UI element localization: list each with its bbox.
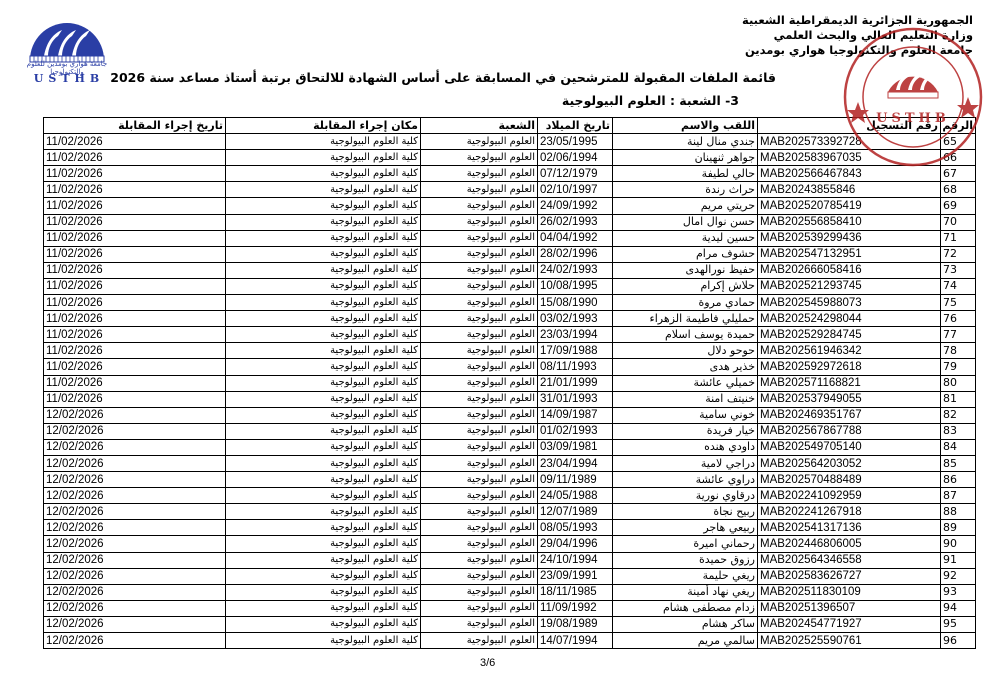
birth-date-cell: 21/01/1999 [538, 375, 613, 391]
registration-number-cell: MAB202446806005 [758, 536, 941, 552]
interview-place-cell: كلية العلوم البيولوجية [226, 327, 421, 343]
row-number-cell: 92 [941, 568, 976, 584]
candidate-name-cell: داودي هنده [613, 439, 758, 455]
interview-date-cell: 12/02/2026 [44, 552, 226, 568]
birth-date-cell: 10/08/1995 [538, 278, 613, 294]
candidate-name-cell: دراوي عائشة [613, 472, 758, 488]
branch-cell: العلوم البيولوجية [421, 150, 538, 166]
branch-cell: العلوم البيولوجية [421, 504, 538, 520]
candidate-name-cell: حمادي مروة [613, 295, 758, 311]
birth-date-cell: 08/11/1993 [538, 359, 613, 375]
candidate-name-cell: ريغي نهاد أمينة [613, 584, 758, 600]
registration-number-cell: MAB202545988073 [758, 295, 941, 311]
branch-cell: العلوم البيولوجية [421, 246, 538, 262]
candidate-name-cell: خميلي عائشة [613, 375, 758, 391]
interview-place-cell: كلية العلوم البيولوجية [226, 230, 421, 246]
table-row: 81MAB202537949055خنيتف امنة31/01/1993الع… [44, 391, 976, 407]
interview-date-cell: 12/02/2026 [44, 616, 226, 632]
interview-date-cell: 12/02/2026 [44, 520, 226, 536]
interview-date-cell: 12/02/2026 [44, 407, 226, 423]
table-header-row: الرقم رقم التسجيل اللقب والاسم تاريخ الم… [44, 118, 976, 134]
candidates-table: الرقم رقم التسجيل اللقب والاسم تاريخ الم… [43, 117, 976, 649]
row-number-cell: 93 [941, 584, 976, 600]
table-row: 67MAB202566467843حالي لطيفة07/12/1979الع… [44, 166, 976, 182]
birth-date-cell: 17/09/1988 [538, 343, 613, 359]
interview-date-cell: 11/02/2026 [44, 343, 226, 359]
interview-date-cell: 11/02/2026 [44, 311, 226, 327]
registration-number-cell: MAB202520785419 [758, 198, 941, 214]
interview-place-cell: كلية العلوم البيولوجية [226, 439, 421, 455]
interview-date-cell: 11/02/2026 [44, 295, 226, 311]
table-row: 73MAB202666058416حفيظ نورالهدى24/02/1993… [44, 262, 976, 278]
interview-place-cell: كلية العلوم البيولوجية [226, 359, 421, 375]
table-row: 66MAB202583967035جواهر ثنهينان02/06/1994… [44, 150, 976, 166]
interview-date-cell: 12/02/2026 [44, 633, 226, 649]
table-row: 69MAB202520785419حريتي مريم24/09/1992الع… [44, 198, 976, 214]
branch-cell: العلوم البيولوجية [421, 375, 538, 391]
row-number-cell: 91 [941, 552, 976, 568]
interview-date-cell: 11/02/2026 [44, 375, 226, 391]
candidate-name-cell: رزوق حميدة [613, 552, 758, 568]
branch-cell: العلوم البيولوجية [421, 439, 538, 455]
birth-date-cell: 18/11/1985 [538, 584, 613, 600]
registration-number-cell: MAB202564346558 [758, 552, 941, 568]
table-row: 70MAB202556858410حسن نوال امال26/02/1993… [44, 214, 976, 230]
registration-number-cell: MAB202583626727 [758, 568, 941, 584]
row-number-cell: 79 [941, 359, 976, 375]
branch-cell: العلوم البيولوجية [421, 343, 538, 359]
interview-date-cell: 12/02/2026 [44, 536, 226, 552]
interview-place-cell: كلية العلوم البيولوجية [226, 214, 421, 230]
candidate-name-cell: دراجي لامية [613, 455, 758, 471]
interview-place-cell: كلية العلوم البيولوجية [226, 150, 421, 166]
registration-number-cell: MAB202511830109 [758, 584, 941, 600]
candidate-name-cell: جواهر ثنهينان [613, 150, 758, 166]
interview-place-cell: كلية العلوم البيولوجية [226, 423, 421, 439]
candidate-name-cell: رحماني اميرة [613, 536, 758, 552]
birth-date-cell: 01/02/1993 [538, 423, 613, 439]
university-emblem-icon [22, 20, 112, 64]
branch-cell: العلوم البيولوجية [421, 616, 538, 632]
candidate-name-cell: ريغي حليمة [613, 568, 758, 584]
table-row: 65MAB202573392728جندي منال لينة23/05/199… [44, 134, 976, 150]
birth-date-cell: 31/01/1993 [538, 391, 613, 407]
birth-date-cell: 23/05/1995 [538, 134, 613, 150]
interview-date-cell: 11/02/2026 [44, 230, 226, 246]
birth-date-cell: 03/09/1981 [538, 439, 613, 455]
branch-cell: العلوم البيولوجية [421, 278, 538, 294]
birth-date-cell: 23/04/1994 [538, 455, 613, 471]
row-number-cell: 71 [941, 230, 976, 246]
table-row: 74MAB202521293745حلاش إكرام10/08/1995الع… [44, 278, 976, 294]
interview-date-cell: 12/02/2026 [44, 600, 226, 616]
page-number: 3/6 [480, 657, 495, 669]
birth-date-cell: 24/10/1994 [538, 552, 613, 568]
table-row: 88MAB202241267918ربيح نجاة12/07/1989العل… [44, 504, 976, 520]
branch-cell: العلوم البيولوجية [421, 327, 538, 343]
row-number-cell: 80 [941, 375, 976, 391]
branch-cell: العلوم البيولوجية [421, 391, 538, 407]
interview-place-cell: كلية العلوم البيولوجية [226, 520, 421, 536]
table-row: 87MAB202241092959درقاوي نورية24/05/1988ا… [44, 488, 976, 504]
registration-number-cell: MAB202547132951 [758, 246, 941, 262]
row-number-cell: 82 [941, 407, 976, 423]
table-row: 79MAB202592972618خذير هدى08/11/1993العلو… [44, 359, 976, 375]
interview-date-cell: 12/02/2026 [44, 568, 226, 584]
interview-place-cell: كلية العلوم البيولوجية [226, 295, 421, 311]
registration-number-cell: MAB202541317136 [758, 520, 941, 536]
interview-date-cell: 12/02/2026 [44, 472, 226, 488]
branch-cell: العلوم البيولوجية [421, 536, 538, 552]
header-name: اللقب والاسم [613, 118, 758, 134]
row-number-cell: 68 [941, 182, 976, 198]
candidate-name-cell: سالمي مريم [613, 633, 758, 649]
interview-place-cell: كلية العلوم البيولوجية [226, 472, 421, 488]
interview-date-cell: 11/02/2026 [44, 182, 226, 198]
header-birthdate: تاريخ الميلاد [538, 118, 613, 134]
government-header: الجمهورية الجزائرية الديمقراطية الشعبية … [742, 13, 973, 58]
birth-date-cell: 09/11/1989 [538, 472, 613, 488]
table-row: 93MAB202511830109ريغي نهاد أمينة18/11/19… [44, 584, 976, 600]
interview-date-cell: 12/02/2026 [44, 584, 226, 600]
row-number-cell: 86 [941, 472, 976, 488]
registration-number-cell: MAB202561946342 [758, 343, 941, 359]
header-ministry: وزارة التعليم العالي والبحث العلمي [742, 28, 973, 43]
header-branch: الشعبة [421, 118, 538, 134]
table-row: 90MAB202446806005رحماني اميرة29/04/1996ا… [44, 536, 976, 552]
interview-place-cell: كلية العلوم البيولوجية [226, 536, 421, 552]
birth-date-cell: 24/05/1988 [538, 488, 613, 504]
interview-place-cell: كلية العلوم البيولوجية [226, 584, 421, 600]
candidate-name-cell: ربيح نجاة [613, 504, 758, 520]
branch-cell: العلوم البيولوجية [421, 600, 538, 616]
birth-date-cell: 28/02/1996 [538, 246, 613, 262]
interview-date-cell: 11/02/2026 [44, 391, 226, 407]
birth-date-cell: 24/02/1993 [538, 262, 613, 278]
candidate-name-cell: حراث رندة [613, 182, 758, 198]
candidate-name-cell: حسن نوال امال [613, 214, 758, 230]
registration-number-cell: MAB202583967035 [758, 150, 941, 166]
row-number-cell: 85 [941, 455, 976, 471]
birth-date-cell: 29/04/1996 [538, 536, 613, 552]
interview-date-cell: 12/02/2026 [44, 423, 226, 439]
registration-number-cell: MAB202539299436 [758, 230, 941, 246]
interview-place-cell: كلية العلوم البيولوجية [226, 375, 421, 391]
birth-date-cell: 07/12/1979 [538, 166, 613, 182]
interview-place-cell: كلية العلوم البيولوجية [226, 166, 421, 182]
table-row: 94MAB20251396507زدام مصطفى هشام11/09/199… [44, 600, 976, 616]
branch-cell: العلوم البيولوجية [421, 552, 538, 568]
branch-cell: العلوم البيولوجية [421, 584, 538, 600]
candidate-name-cell: حلاش إكرام [613, 278, 758, 294]
branch-cell: العلوم البيولوجية [421, 182, 538, 198]
interview-place-cell: كلية العلوم البيولوجية [226, 504, 421, 520]
interview-place-cell: كلية العلوم البيولوجية [226, 616, 421, 632]
birth-date-cell: 26/02/1993 [538, 214, 613, 230]
interview-place-cell: كلية العلوم البيولوجية [226, 552, 421, 568]
candidate-name-cell: خوني سامية [613, 407, 758, 423]
table-row: 80MAB202571168821خميلي عائشة21/01/1999ال… [44, 375, 976, 391]
branch-cell: العلوم البيولوجية [421, 311, 538, 327]
logo-abbreviation: USTHB [24, 72, 114, 85]
registration-number-cell: MAB202566467843 [758, 166, 941, 182]
row-number-cell: 94 [941, 600, 976, 616]
branch-cell: العلوم البيولوجية [421, 359, 538, 375]
interview-place-cell: كلية العلوم البيولوجية [226, 488, 421, 504]
table-row: 85MAB202564203052دراجي لامية23/04/1994ال… [44, 455, 976, 471]
row-number-cell: 69 [941, 198, 976, 214]
registration-number-cell: MAB20251396507 [758, 600, 941, 616]
branch-cell: العلوم البيولوجية [421, 295, 538, 311]
row-number-cell: 81 [941, 391, 976, 407]
table-row: 91MAB202564346558رزوق حميدة24/10/1994الع… [44, 552, 976, 568]
table-row: 86MAB202570488489دراوي عائشة09/11/1989ال… [44, 472, 976, 488]
interview-date-cell: 11/02/2026 [44, 262, 226, 278]
registration-number-cell: MAB202573392728 [758, 134, 941, 150]
birth-date-cell: 14/09/1987 [538, 407, 613, 423]
interview-place-cell: كلية العلوم البيولوجية [226, 134, 421, 150]
candidate-name-cell: حوحو دلال [613, 343, 758, 359]
birth-date-cell: 23/03/1994 [538, 327, 613, 343]
table-row: 82MAB202469351767خوني سامية14/09/1987الع… [44, 407, 976, 423]
interview-place-cell: كلية العلوم البيولوجية [226, 455, 421, 471]
birth-date-cell: 02/06/1994 [538, 150, 613, 166]
interview-date-cell: 11/02/2026 [44, 359, 226, 375]
registration-number-cell: MAB202567867788 [758, 423, 941, 439]
registration-number-cell: MAB202564203052 [758, 455, 941, 471]
row-number-cell: 74 [941, 278, 976, 294]
birth-date-cell: 04/04/1992 [538, 230, 613, 246]
interview-place-cell: كلية العلوم البيولوجية [226, 198, 421, 214]
branch-cell: العلوم البيولوجية [421, 262, 538, 278]
interview-date-cell: 11/02/2026 [44, 246, 226, 262]
document-title: قائمة الملفات المقبولة للمترشحين في المس… [110, 70, 776, 85]
header-registration: رقم التسجيل [758, 118, 941, 134]
birth-date-cell: 23/09/1991 [538, 568, 613, 584]
candidate-name-cell: حمليلي فاطيمة الزهراء [613, 311, 758, 327]
registration-number-cell: MAB202529284745 [758, 327, 941, 343]
header-num: الرقم [941, 118, 976, 134]
row-number-cell: 75 [941, 295, 976, 311]
header-interview-place: مكان إجراء المقابلة [226, 118, 421, 134]
registration-number-cell: MAB202556858410 [758, 214, 941, 230]
branch-cell: العلوم البيولوجية [421, 198, 538, 214]
interview-date-cell: 11/02/2026 [44, 327, 226, 343]
candidate-name-cell: جندي منال لينة [613, 134, 758, 150]
table-row: 84MAB202549705140داودي هنده03/09/1981الع… [44, 439, 976, 455]
candidate-name-cell: خذير هدى [613, 359, 758, 375]
row-number-cell: 95 [941, 616, 976, 632]
row-number-cell: 90 [941, 536, 976, 552]
branch-cell: العلوم البيولوجية [421, 166, 538, 182]
candidate-name-cell: حشوف مرام [613, 246, 758, 262]
table-row: 68MAB20243855846حراث رندة02/10/1997العلو… [44, 182, 976, 198]
row-number-cell: 78 [941, 343, 976, 359]
row-number-cell: 83 [941, 423, 976, 439]
registration-number-cell: MAB202666058416 [758, 262, 941, 278]
interview-place-cell: كلية العلوم البيولوجية [226, 568, 421, 584]
birth-date-cell: 19/08/1989 [538, 616, 613, 632]
birth-date-cell: 24/09/1992 [538, 198, 613, 214]
branch-cell: العلوم البيولوجية [421, 455, 538, 471]
row-number-cell: 73 [941, 262, 976, 278]
candidate-name-cell: خيار فريدة [613, 423, 758, 439]
row-number-cell: 77 [941, 327, 976, 343]
table-row: 77MAB202529284745حميدة يوسف اسلام23/03/1… [44, 327, 976, 343]
interview-place-cell: كلية العلوم البيولوجية [226, 246, 421, 262]
birth-date-cell: 08/05/1993 [538, 520, 613, 536]
branch-cell: العلوم البيولوجية [421, 134, 538, 150]
registration-number-cell: MAB20243855846 [758, 182, 941, 198]
candidate-name-cell: حميدة يوسف اسلام [613, 327, 758, 343]
candidate-name-cell: زدام مصطفى هشام [613, 600, 758, 616]
branch-cell: العلوم البيولوجية [421, 407, 538, 423]
row-number-cell: 89 [941, 520, 976, 536]
birth-date-cell: 11/09/1992 [538, 600, 613, 616]
row-number-cell: 88 [941, 504, 976, 520]
registration-number-cell: MAB202469351767 [758, 407, 941, 423]
birth-date-cell: 03/02/1993 [538, 311, 613, 327]
candidate-name-cell: حفيظ نورالهدى [613, 262, 758, 278]
registration-number-cell: MAB202571168821 [758, 375, 941, 391]
birth-date-cell: 12/07/1989 [538, 504, 613, 520]
table-row: 72MAB202547132951حشوف مرام28/02/1996العل… [44, 246, 976, 262]
registration-number-cell: MAB202570488489 [758, 472, 941, 488]
registration-number-cell: MAB202524298044 [758, 311, 941, 327]
interview-date-cell: 11/02/2026 [44, 214, 226, 230]
interview-date-cell: 11/02/2026 [44, 150, 226, 166]
branch-cell: العلوم البيولوجية [421, 568, 538, 584]
table-row: 95MAB202454771927ساكر هشام19/08/1989العل… [44, 616, 976, 632]
branch-cell: العلوم البيولوجية [421, 520, 538, 536]
row-number-cell: 70 [941, 214, 976, 230]
interview-place-cell: كلية العلوم البيولوجية [226, 633, 421, 649]
interview-date-cell: 11/02/2026 [44, 278, 226, 294]
interview-place-cell: كلية العلوم البيولوجية [226, 311, 421, 327]
interview-date-cell: 12/02/2026 [44, 488, 226, 504]
table-row: 96MAB202525590761سالمي مريم14/07/1994الع… [44, 633, 976, 649]
candidate-name-cell: ساكر هشام [613, 616, 758, 632]
interview-place-cell: كلية العلوم البيولوجية [226, 343, 421, 359]
registration-number-cell: MAB202241267918 [758, 504, 941, 520]
branch-cell: العلوم البيولوجية [421, 230, 538, 246]
birth-date-cell: 15/08/1990 [538, 295, 613, 311]
candidate-name-cell: حريتي مريم [613, 198, 758, 214]
row-number-cell: 87 [941, 488, 976, 504]
table-row: 83MAB202567867788خيار فريدة01/02/1993الع… [44, 423, 976, 439]
candidate-name-cell: حالي لطيفة [613, 166, 758, 182]
candidate-name-cell: درقاوي نورية [613, 488, 758, 504]
registration-number-cell: MAB202592972618 [758, 359, 941, 375]
row-number-cell: 65 [941, 134, 976, 150]
registration-number-cell: MAB202521293745 [758, 278, 941, 294]
row-number-cell: 72 [941, 246, 976, 262]
registration-number-cell: MAB202454771927 [758, 616, 941, 632]
registration-number-cell: MAB202241092959 [758, 488, 941, 504]
branch-cell: العلوم البيولوجية [421, 423, 538, 439]
registration-number-cell: MAB202525590761 [758, 633, 941, 649]
branch-cell: العلوم البيولوجية [421, 214, 538, 230]
interview-date-cell: 12/02/2026 [44, 455, 226, 471]
branch-heading: 3- الشعبة : العلوم البيولوجية [562, 93, 739, 108]
interview-date-cell: 12/02/2026 [44, 504, 226, 520]
table-row: 75MAB202545988073حمادي مروة15/08/1990الع… [44, 295, 976, 311]
interview-date-cell: 11/02/2026 [44, 198, 226, 214]
interview-place-cell: كلية العلوم البيولوجية [226, 262, 421, 278]
branch-cell: العلوم البيولوجية [421, 488, 538, 504]
interview-date-cell: 11/02/2026 [44, 134, 226, 150]
interview-date-cell: 11/02/2026 [44, 166, 226, 182]
table-row: 92MAB202583626727ريغي حليمة23/09/1991الع… [44, 568, 976, 584]
interview-place-cell: كلية العلوم البيولوجية [226, 391, 421, 407]
branch-cell: العلوم البيولوجية [421, 633, 538, 649]
interview-date-cell: 12/02/2026 [44, 439, 226, 455]
row-number-cell: 66 [941, 150, 976, 166]
branch-cell: العلوم البيولوجية [421, 472, 538, 488]
candidate-name-cell: حسين ليدية [613, 230, 758, 246]
interview-place-cell: كلية العلوم البيولوجية [226, 600, 421, 616]
interview-place-cell: كلية العلوم البيولوجية [226, 182, 421, 198]
registration-number-cell: MAB202549705140 [758, 439, 941, 455]
table-row: 78MAB202561946342حوحو دلال17/09/1988العل… [44, 343, 976, 359]
row-number-cell: 84 [941, 439, 976, 455]
header-interview-date: تاريخ إجراء المقابلة [44, 118, 226, 134]
row-number-cell: 67 [941, 166, 976, 182]
table-row: 76MAB202524298044حمليلي فاطيمة الزهراء03… [44, 311, 976, 327]
birth-date-cell: 02/10/1997 [538, 182, 613, 198]
row-number-cell: 76 [941, 311, 976, 327]
row-number-cell: 96 [941, 633, 976, 649]
candidate-name-cell: ربيعي هاجر [613, 520, 758, 536]
table-row: 89MAB202541317136ربيعي هاجر08/05/1993الع… [44, 520, 976, 536]
interview-place-cell: كلية العلوم البيولوجية [226, 407, 421, 423]
header-university: جامعة العلوم والتكنولوجيا هواري بومدين [742, 43, 973, 58]
table-row: 71MAB202539299436حسين ليدية04/04/1992الع… [44, 230, 976, 246]
registration-number-cell: MAB202537949055 [758, 391, 941, 407]
candidate-name-cell: خنيتف امنة [613, 391, 758, 407]
interview-place-cell: كلية العلوم البيولوجية [226, 278, 421, 294]
birth-date-cell: 14/07/1994 [538, 633, 613, 649]
header-republic: الجمهورية الجزائرية الديمقراطية الشعبية [742, 13, 973, 28]
